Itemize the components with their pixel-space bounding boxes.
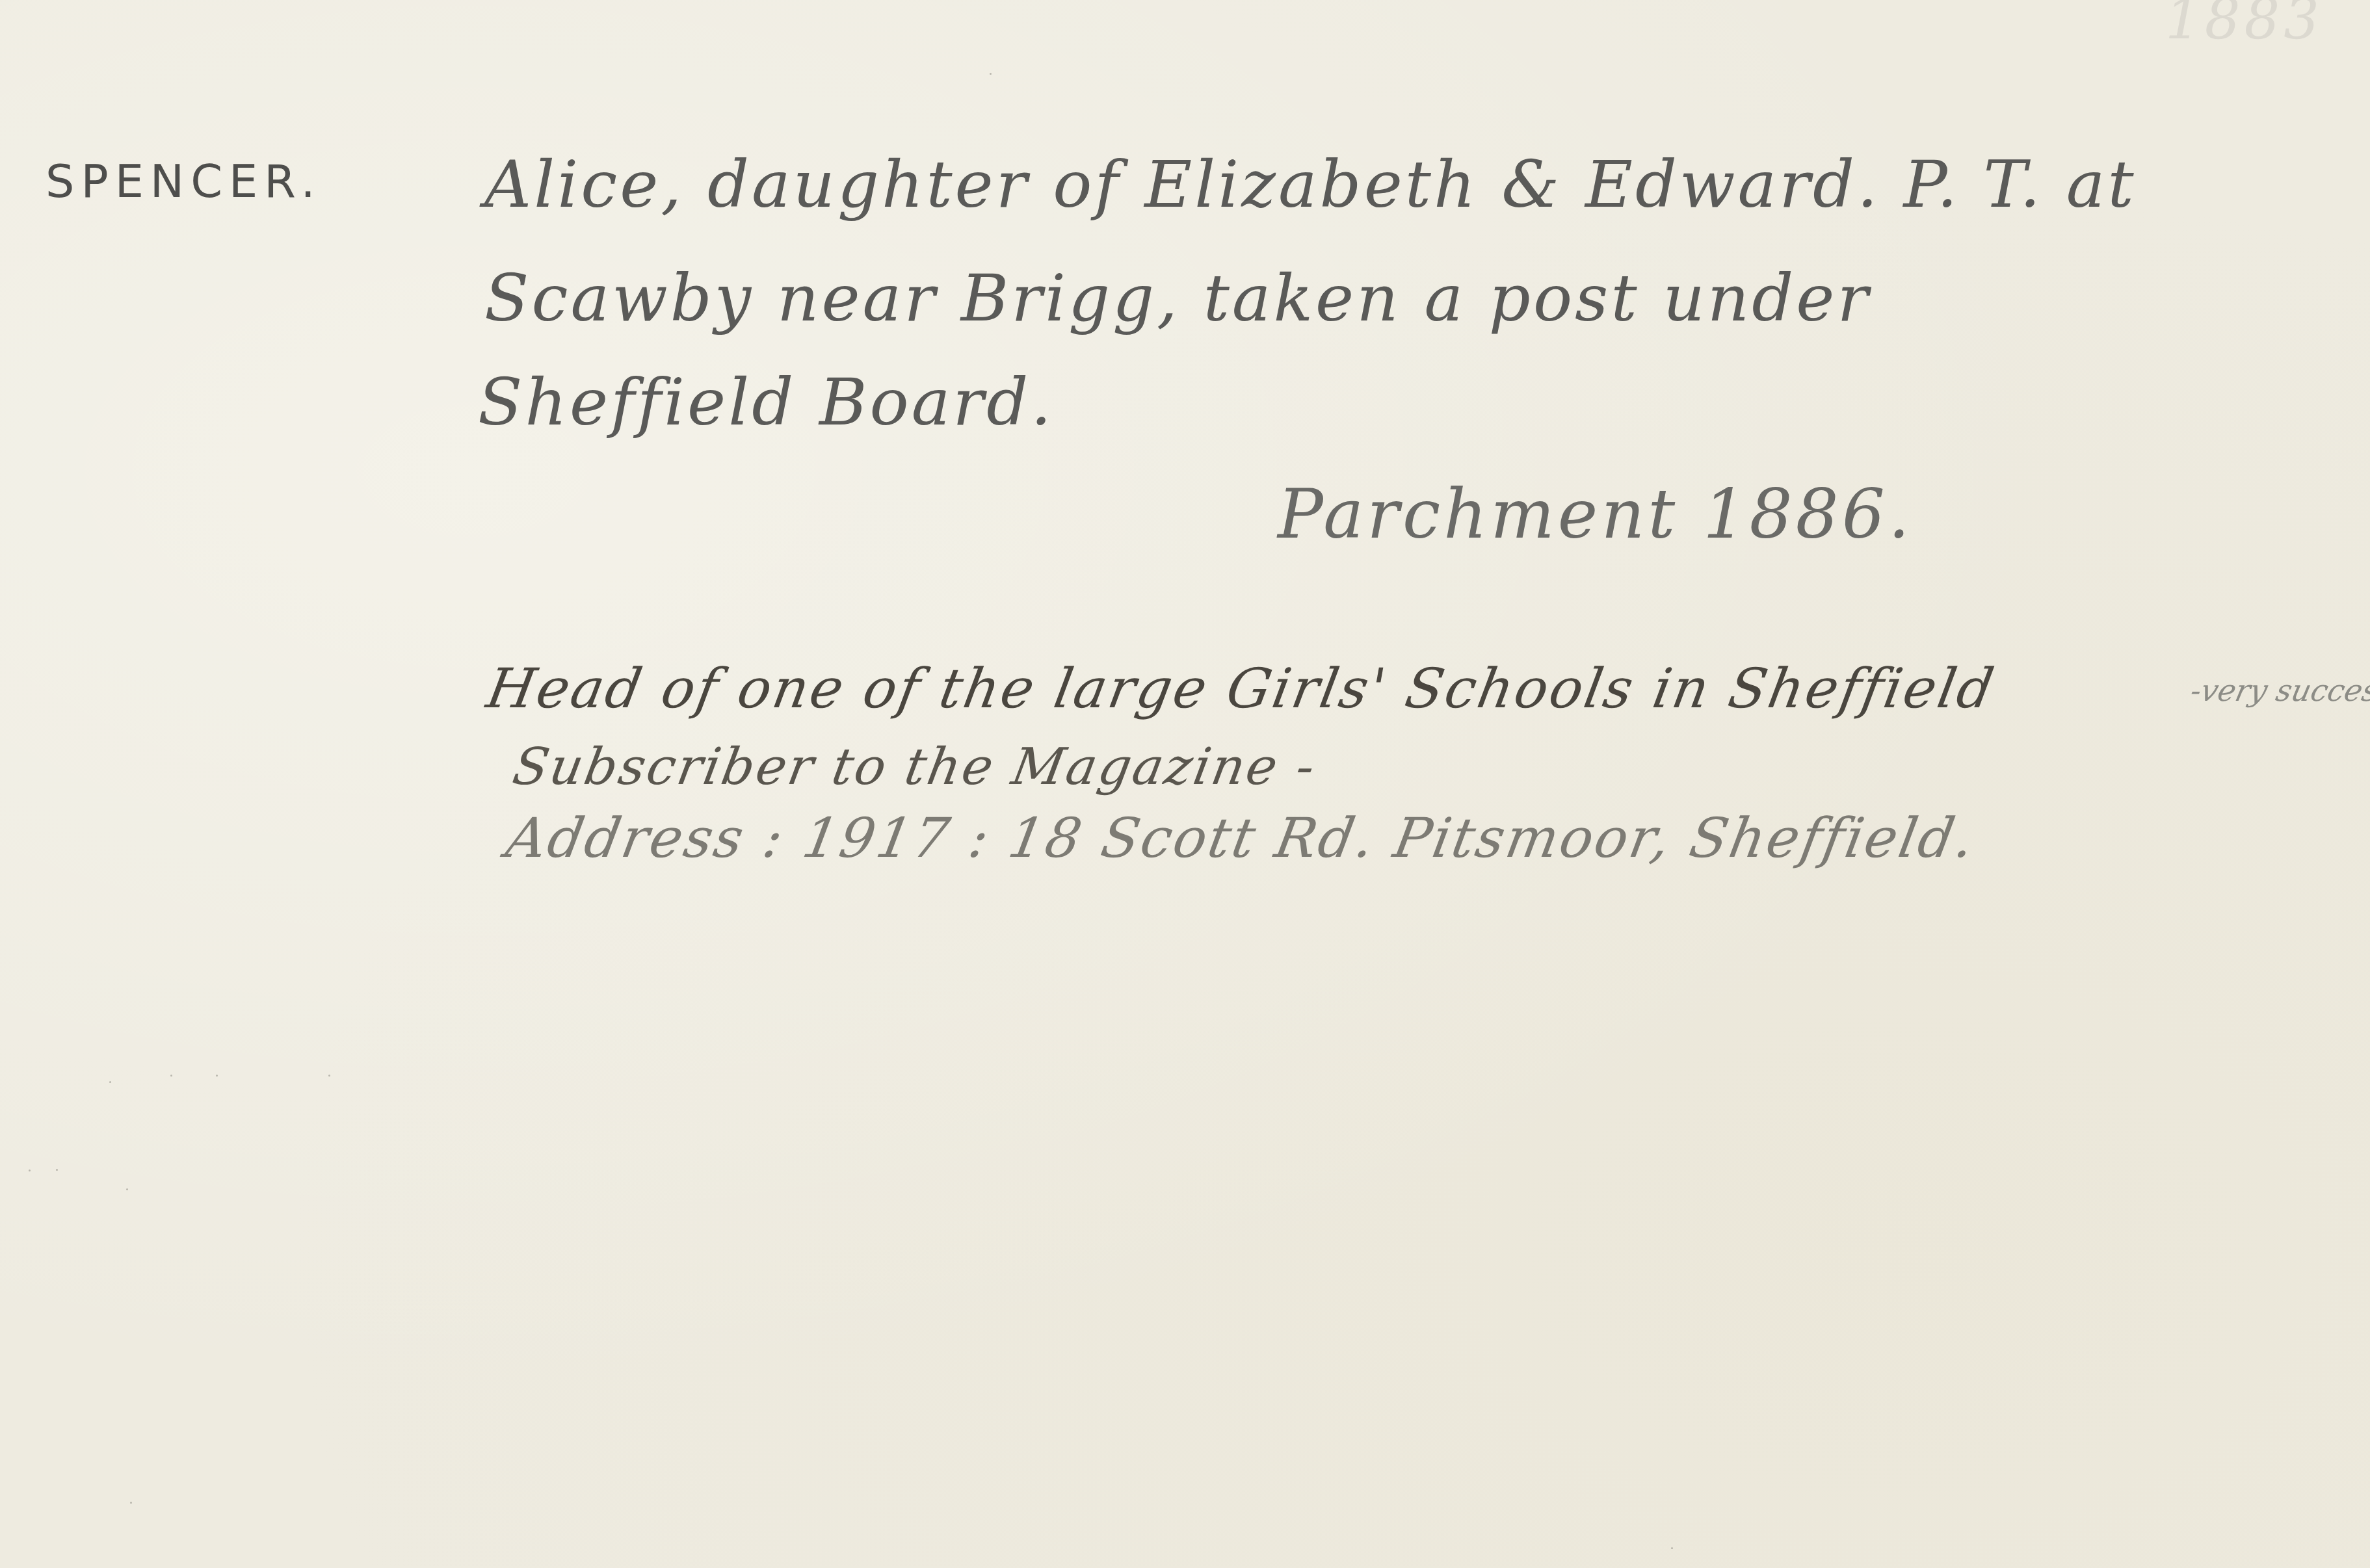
page-number: 1883 (2165, 0, 2323, 52)
paper-speck (130, 1502, 132, 1504)
note-line-2: Subscriber to the Magazine - (508, 738, 1321, 796)
paper-speck (328, 1075, 330, 1077)
paper-speck (1671, 1547, 1673, 1549)
paper-speck (216, 1075, 218, 1077)
certificate-note: Parchment 1886. (1278, 475, 1913, 554)
entry-line-3: Sheffield Board. (478, 364, 1054, 440)
note-line-3-address: Address : 1917 : 18 Scott Rd. Pitsmoor, … (501, 806, 1981, 870)
note-line-1: Head of one of the large Girls' Schools … (482, 657, 2000, 720)
paper-speck (126, 1188, 128, 1190)
entry-line-1: Alice, daughter of Elizabeth & Edward. P… (484, 146, 2137, 222)
note-line-1-addition: -very successful. (2187, 673, 2370, 708)
paper-speck (990, 73, 992, 75)
document-page: 1883 SPENCER. Alice, daughter of Elizabe… (0, 0, 2370, 1568)
paper-speck (56, 1169, 58, 1171)
paper-speck (29, 1169, 31, 1171)
surname-heading: SPENCER. (46, 155, 322, 208)
entry-line-2: Scawby near Brigg, taken a post under (484, 260, 1871, 336)
paper-speck (170, 1075, 172, 1077)
paper-speck (109, 1081, 111, 1083)
